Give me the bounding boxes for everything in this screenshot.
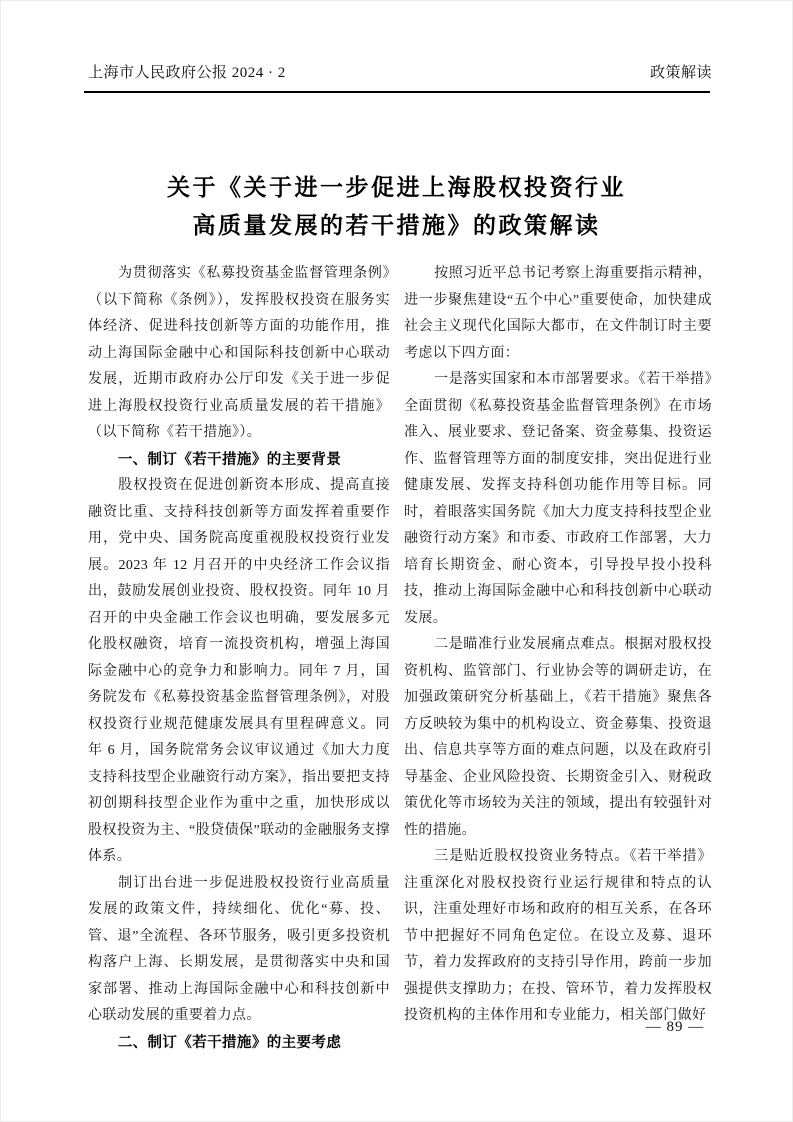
page-header: 上海市人民政府公报 2024 · 2 政策解读 — [88, 61, 712, 82]
paragraph-background-2: 制订出台进一步促进股权投资行业高质量发展的政策文件，持续细化、优化“募、投、管、… — [88, 871, 390, 1030]
gazette-issue-label: 上海市人民政府公报 2024 · 2 — [88, 61, 286, 82]
document-title: 关于《关于进一步促进上海股权投资行业 高质量发展的若干措施》的政策解读 — [0, 168, 793, 244]
paragraph-consideration-1: 一是落实国家和本市部署要求。《若干举措》全面贯彻《私募投资基金监督管理条例》在市… — [404, 367, 712, 632]
gazette-page: 上海市人民政府公报 2024 · 2 政策解读 关于《关于进一步促进上海股权投资… — [0, 0, 793, 1122]
paragraph-consideration-3: 三是贴近股权投资业务特点。《若干举措》注重深化对股权投资行业运行规律和特点的认识… — [404, 844, 712, 1030]
section-heading-1: 一、制订《若干措施》的主要背景 — [88, 447, 390, 474]
section-heading-2: 二、制订《若干措施》的主要考虑 — [88, 1030, 390, 1057]
paragraph-background-1: 股权投资在促进创新资本形成、提高直接融资比重、支持科技创新等方面发挥着重要作用，… — [88, 473, 390, 871]
right-column: 按照习近平总书记考察上海重要指示精神，进一步聚焦建设“五个中心”重要使命，加快建… — [404, 261, 712, 1056]
paragraph-consideration-2: 二是瞄准行业发展痛点难点。根据对股权投资机构、监管部门、行业协会等的调研走访，在… — [404, 632, 712, 844]
body-columns: 为贯彻落实《私募投资基金监督管理条例》（以下简称《条例》），发挥股权投资在服务实… — [88, 261, 712, 1056]
left-column: 为贯彻落实《私募投资基金监督管理条例》（以下简称《条例》），发挥股权投资在服务实… — [88, 261, 390, 1056]
paragraph-considerations-intro: 按照习近平总书记考察上海重要指示精神，进一步聚焦建设“五个中心”重要使命，加快建… — [404, 261, 712, 367]
section-label: 政策解读 — [650, 61, 712, 82]
paragraph-intro: 为贯彻落实《私募投资基金监督管理条例》（以下简称《条例》），发挥股权投资在服务实… — [88, 261, 390, 447]
document-title-line2: 高质量发展的若干措施》的政策解读 — [0, 206, 793, 244]
page-number: — 89 — — [600, 1019, 750, 1036]
document-title-line1: 关于《关于进一步促进上海股权投资行业 — [0, 168, 793, 206]
header-divider — [84, 91, 710, 93]
